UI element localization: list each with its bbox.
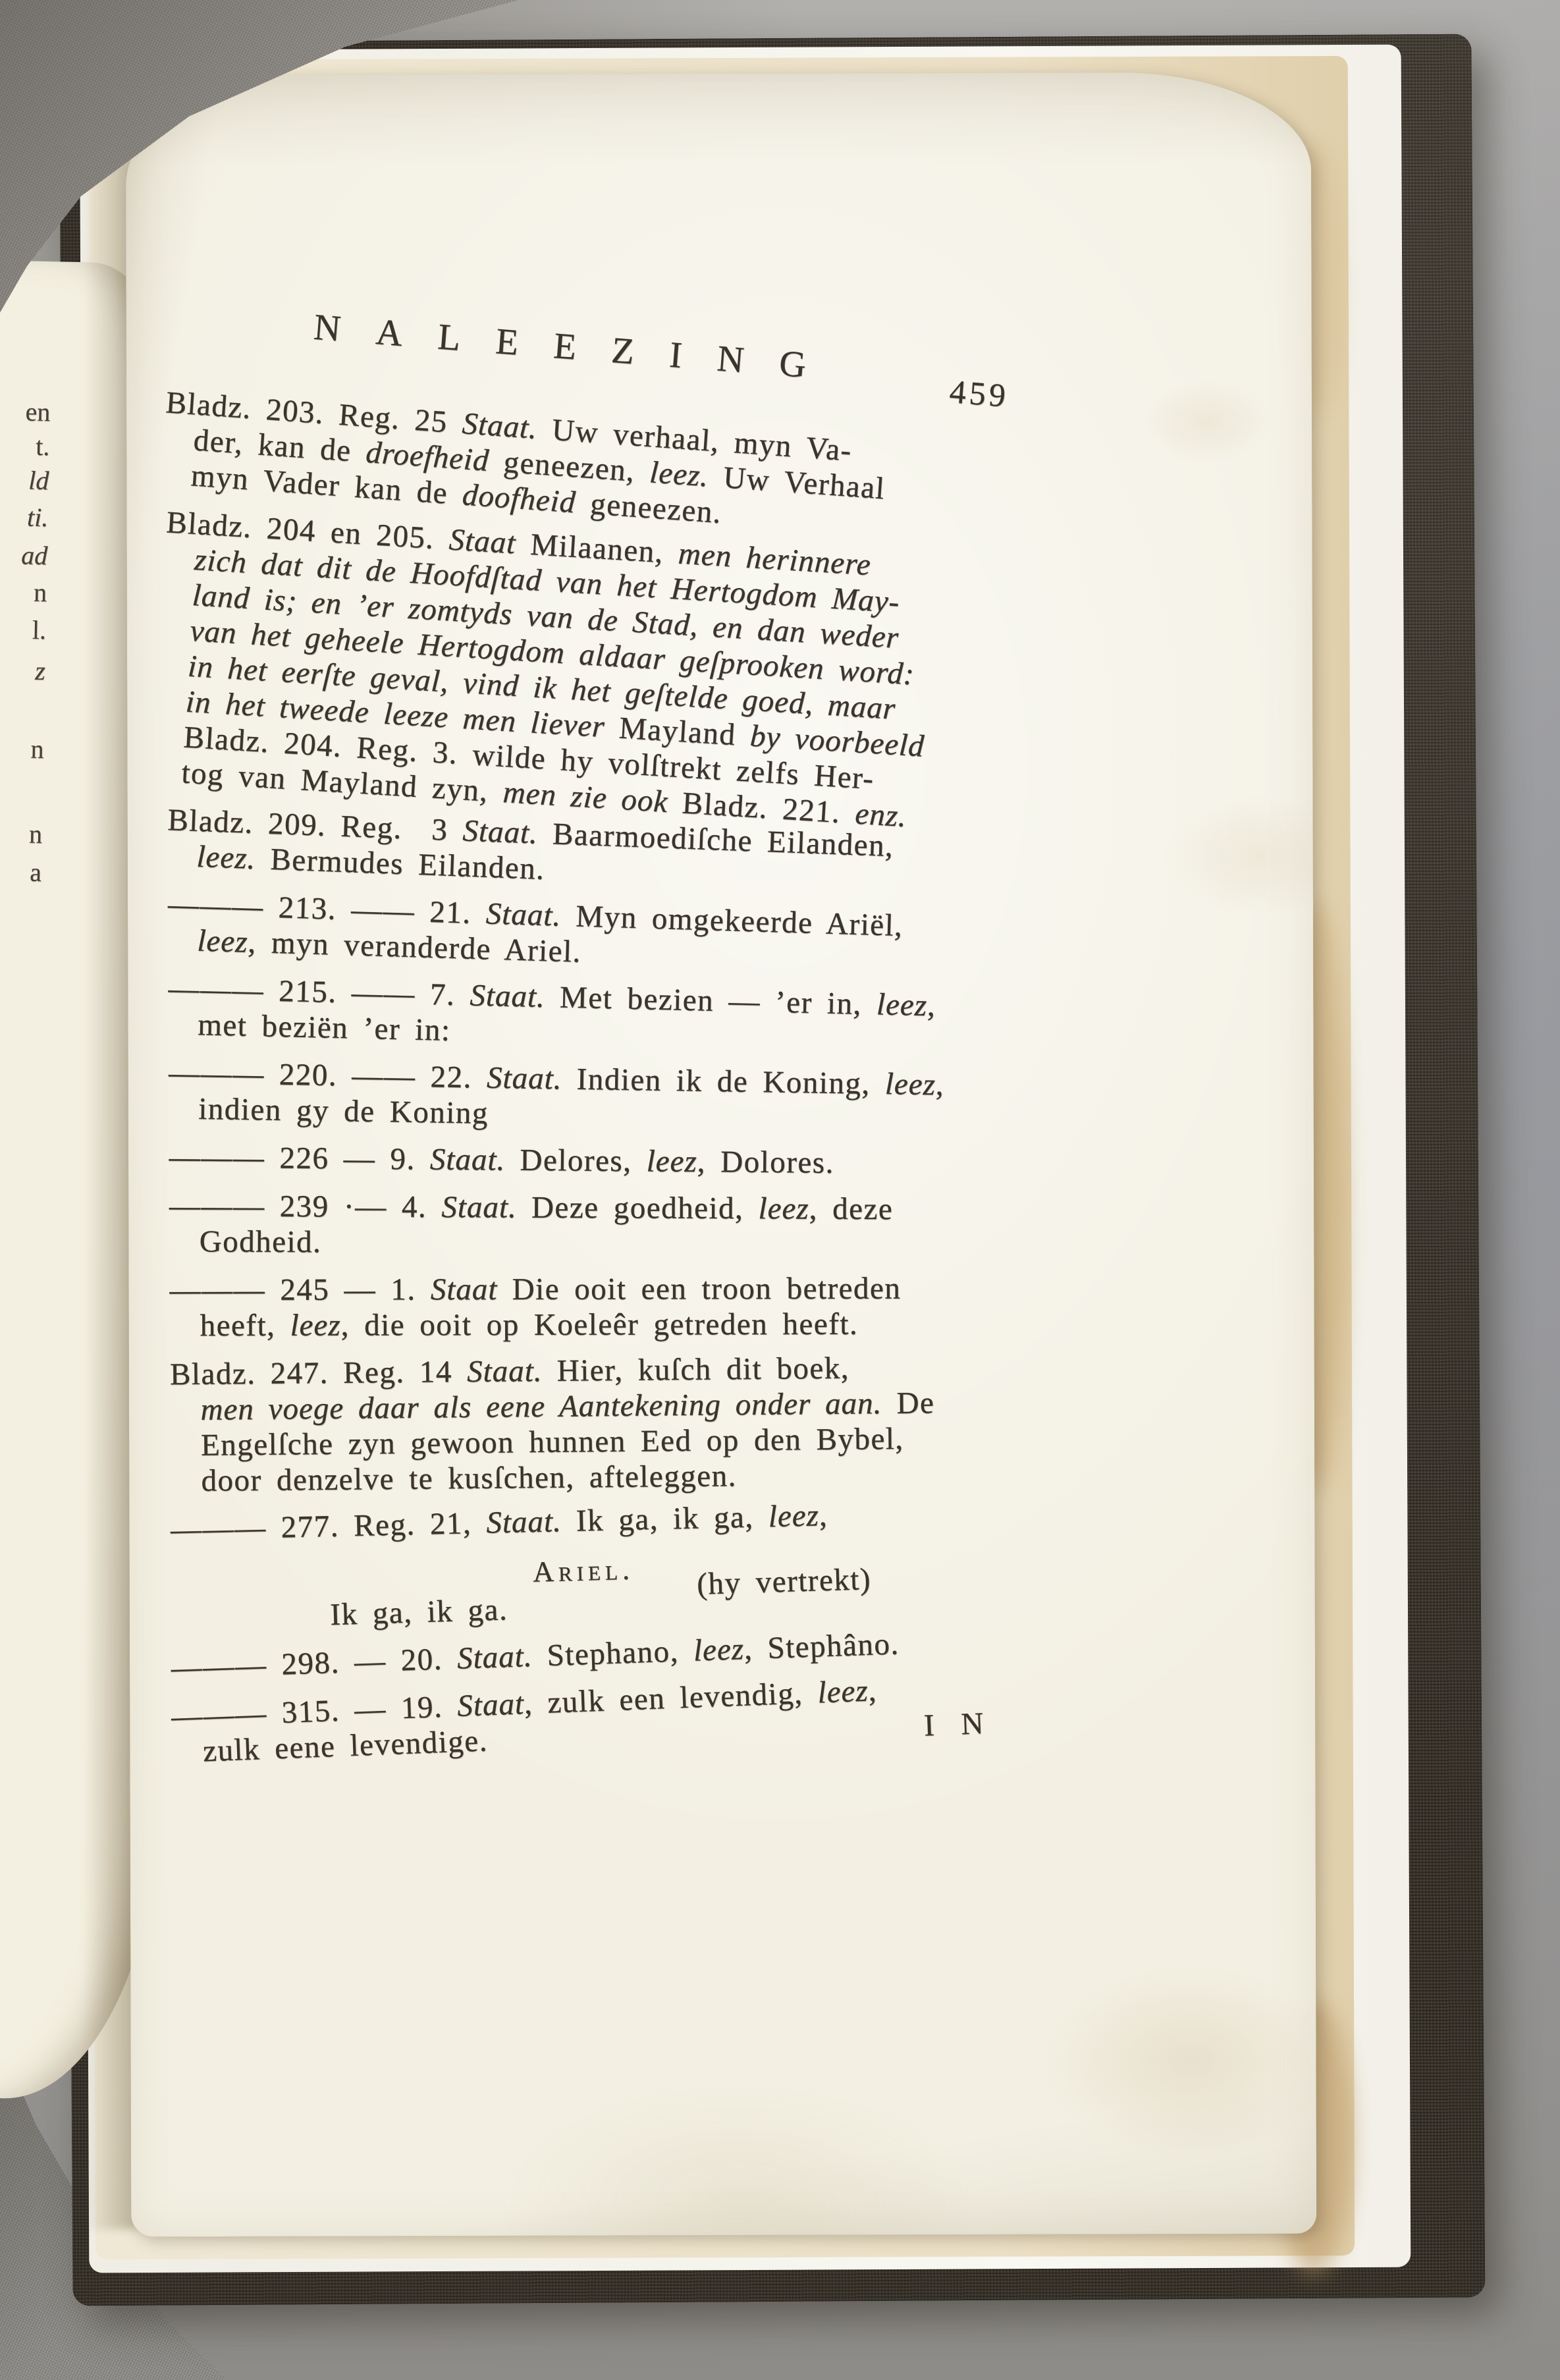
running-title: NALEEZING [312,307,843,389]
left-page-fragment: ld [0,464,49,496]
errata-text-block: NALEEZING 459 Bladz. 203. Reg. 25 Staat.… [167,296,1027,1770]
left-page-fragment: ti. [0,501,49,533]
entry-line: door denzelve te kusſchen, afteleggen. [201,1455,1027,1499]
errata-entry: Bladz. 204 en 205. Staat Milaanen, men h… [150,504,1022,840]
errata-entry: ——— 315. — 19. Staat, zulk een levendig,… [171,1667,1029,1770]
errata-entry: ——— 215. —— 7. Staat. Met bezien — ’er i… [167,971,1025,1061]
page-number: 459 [948,373,1010,414]
errata-entry: ——— 239 ·— 4. Staat. Deze goedheid, leez… [169,1188,1025,1263]
entry-line: heeft, leez, die ooit op Koeleêr getrede… [200,1306,1026,1343]
errata-entry: ——— 245 — 1. Staat Die ooit een troon be… [169,1270,1025,1343]
catchword: I N [923,1706,990,1744]
left-page-fragment: a [0,856,41,888]
errata-entry: ——— 213. —— 21. Staat. Myn omgekeerde Ar… [167,886,1025,983]
entry-line: ——— 239 ·— 4. Staat. Deze goedheid, leez… [169,1188,1025,1228]
errata-list: Bladz. 203. Reg. 25 Staat. Uw verhaal, m… [167,383,1027,1770]
left-page-fragment: t. [1,430,50,462]
dialogue-text: Ik ga, ik ga. [330,1592,508,1632]
errata-entry: ——— 220. —— 22. Staat. Indien ik de Koni… [168,1055,1025,1139]
left-page-fragment: n [0,818,43,850]
errata-entry: ——— 277. Reg. 21, Staat. Ik ga, ik ga, l… [170,1494,1027,1548]
book-page: NALEEZING 459 Bladz. 203. Reg. 25 Staat.… [126,72,1317,2237]
left-page-fragment: z [0,655,45,686]
left-page-fragment: l. [0,614,47,645]
left-page-fragment: n [0,576,47,608]
stage-direction: (hy vertrekt) [697,1561,872,1602]
errata-entry: Bladz. 247. Reg. 14 Staat. Hier, kuſch d… [170,1349,1027,1499]
entry-line: ——— 277. Reg. 21, Staat. Ik ga, ik ga, l… [170,1494,1027,1548]
entry-line: ——— 226 — 9. Staat. Delores, leez, Dolor… [169,1139,1025,1182]
left-page-fragment: n [0,733,44,765]
entry-line: Godheid. [200,1224,1025,1263]
entry-line: ——— 245 — 1. Staat Die ooit een troon be… [169,1270,1025,1308]
left-page-fragment: ad [0,539,48,571]
photo-background: en t. ld ti. ad n l. z n n a NALEEZING 4… [0,0,1560,2380]
left-page-fragment: en [1,396,51,427]
errata-entry: ——— 226 — 9. Staat. Delores, leez, Dolor… [169,1139,1025,1182]
